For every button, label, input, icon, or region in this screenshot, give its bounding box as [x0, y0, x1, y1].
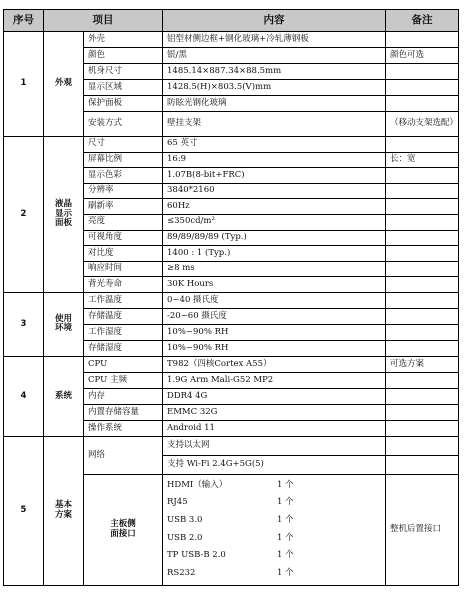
item-content: ≥8 ms — [163, 261, 386, 277]
item-content: 1485.14×887.34×88.5mm — [163, 64, 386, 80]
port-name: USB 3.0 — [167, 516, 277, 526]
item-content: 60Hz — [163, 199, 386, 215]
item-note: （移动支架选配） — [386, 112, 459, 137]
item-note: 可选方案 — [386, 356, 459, 372]
item-content: EMMC 32G — [163, 404, 386, 420]
item-label: 响应时间 — [84, 261, 163, 277]
item-note — [386, 324, 459, 340]
item-label: 对比度 — [84, 246, 163, 262]
item-note — [386, 277, 459, 293]
section-seq: 5 — [4, 436, 44, 585]
item-content: 16:9 — [163, 152, 386, 168]
item-label: 工作温度 — [84, 292, 163, 308]
item-label: 保护面板 — [84, 96, 163, 112]
item-label-network: 网络 — [84, 436, 163, 474]
table-row: 1 外观 外壳 铝型材侧边框+钢化玻璃+冷轧薄钢板 — [4, 32, 459, 48]
item-note — [386, 372, 459, 388]
item-content: Android 11 — [163, 420, 386, 436]
port-name: RS232 — [167, 569, 277, 579]
section-seq: 3 — [4, 292, 44, 356]
item-label: CPU 主频 — [84, 372, 163, 388]
item-label: 操作系统 — [84, 420, 163, 436]
item-label: 屏幕比例 — [84, 152, 163, 168]
port-row: USB 3.0 1 个 — [167, 512, 381, 530]
table-row: 4 系统 CPU T982（四核Cortex A55） 可选方案 — [4, 356, 459, 372]
item-note — [386, 183, 459, 199]
category-line: 方案 — [48, 511, 79, 521]
item-note — [386, 32, 459, 48]
item-content: 壁挂支架 — [163, 112, 386, 137]
item-note — [386, 96, 459, 112]
item-label: 亮度 — [84, 214, 163, 230]
category-line: 环境 — [48, 324, 79, 334]
item-note — [386, 420, 459, 436]
item-label: 尺寸 — [84, 137, 163, 153]
port-row: HDMI（输入） 1 个 — [167, 477, 381, 495]
port-row: USB 2.0 1 个 — [167, 530, 381, 548]
item-label: 可视角度 — [84, 230, 163, 246]
table-row: 5 基本 方案 网络 支持以太网 — [4, 436, 459, 455]
item-label: CPU — [84, 356, 163, 372]
item-note — [386, 340, 459, 356]
item-label: 显示色彩 — [84, 168, 163, 184]
port-name: TP USB-B 2.0 — [167, 551, 277, 561]
item-label: 内存 — [84, 388, 163, 404]
spec-table: 序号 项目 内容 备注 1 外观 外壳 铝型材侧边框+钢化玻璃+冷轧薄钢板 颜色… — [3, 9, 459, 586]
item-label-line: 面接口 — [88, 530, 158, 540]
port-qty: 1 个 — [277, 551, 294, 561]
port-name: USB 2.0 — [167, 534, 277, 544]
item-content: DDR4 4G — [163, 388, 386, 404]
item-label: 安装方式 — [84, 112, 163, 137]
port-qty: 1 个 — [277, 534, 294, 544]
item-content: 1.9G Arm Mali-G52 MP2 — [163, 372, 386, 388]
section-category: 外观 — [44, 32, 84, 137]
item-note — [386, 308, 459, 324]
item-note — [386, 137, 459, 153]
item-content: 3840*2160 — [163, 183, 386, 199]
category-line: 面板 — [48, 219, 79, 229]
item-note — [386, 261, 459, 277]
table-row: 2 液晶 显示 面板 尺寸 65 英寸 — [4, 137, 459, 153]
section-category: 使用 环境 — [44, 292, 84, 356]
port-row: RS232 1 个 — [167, 565, 381, 583]
section-category: 系统 — [44, 356, 84, 436]
header-row: 序号 项目 内容 备注 — [4, 10, 459, 32]
item-note — [386, 199, 459, 215]
item-content: ≤350cd/m² — [163, 214, 386, 230]
item-content: 10%~90% RH — [163, 340, 386, 356]
item-note — [386, 168, 459, 184]
port-name: RJ45 — [167, 498, 277, 508]
item-label: 工作湿度 — [84, 324, 163, 340]
item-label: 外壳 — [84, 32, 163, 48]
table-row: 3 使用 环境 工作温度 0~40 摄氏度 — [4, 292, 459, 308]
item-label: 机身尺寸 — [84, 64, 163, 80]
item-note — [386, 388, 459, 404]
item-content: 10%~90% RH — [163, 324, 386, 340]
item-content: T982（四核Cortex A55） — [163, 356, 386, 372]
section-category: 基本 方案 — [44, 436, 84, 585]
item-content: 银/黑 — [163, 48, 386, 64]
header-content: 内容 — [163, 10, 386, 32]
item-label: 存储温度 — [84, 308, 163, 324]
section-seq: 1 — [4, 32, 44, 137]
item-label: 分辨率 — [84, 183, 163, 199]
item-note — [386, 230, 459, 246]
port-qty: 1 个 — [277, 498, 294, 508]
item-content: 防眩光钢化玻璃 — [163, 96, 386, 112]
header-item: 项目 — [44, 10, 163, 32]
port-list-cell: HDMI（输入） 1 个 RJ45 1 个 USB 3.0 1 个 USB 2.… — [163, 474, 386, 585]
section-category: 液晶 显示 面板 — [44, 137, 84, 293]
item-note — [386, 214, 459, 230]
item-label: 颜色 — [84, 48, 163, 64]
port-row: RJ45 1 个 — [167, 495, 381, 513]
item-content: 1400 : 1 (Typ.) — [163, 246, 386, 262]
item-note: 颜色可选 — [386, 48, 459, 64]
section-seq: 2 — [4, 137, 44, 293]
item-note: 整机后置接口 — [386, 474, 459, 585]
section-seq: 4 — [4, 356, 44, 436]
port-list: HDMI（输入） 1 个 RJ45 1 个 USB 3.0 1 个 USB 2.… — [167, 475, 381, 585]
port-qty: 1 个 — [277, 481, 294, 491]
item-content: 1.07B(8-bit+FRC) — [163, 168, 386, 184]
item-content: 支持以太网 — [163, 436, 386, 455]
item-content: 30K Hours — [163, 277, 386, 293]
port-qty: 1 个 — [277, 516, 294, 526]
item-note — [386, 292, 459, 308]
item-content: 1428.5(H)×803.5(V)mm — [163, 80, 386, 96]
item-content: 铝型材侧边框+钢化玻璃+冷轧薄钢板 — [163, 32, 386, 48]
port-row: TP USB-B 2.0 1 个 — [167, 547, 381, 565]
header-seq: 序号 — [4, 10, 44, 32]
port-qty: 1 个 — [277, 569, 294, 579]
item-note — [386, 64, 459, 80]
item-content: 65 英寸 — [163, 137, 386, 153]
item-label: 存储湿度 — [84, 340, 163, 356]
item-label: 内置存储容量 — [84, 404, 163, 420]
item-note: 长：宽 — [386, 152, 459, 168]
header-note: 备注 — [386, 10, 459, 32]
port-name: HDMI（输入） — [167, 481, 277, 491]
item-note — [386, 246, 459, 262]
item-label: 刷新率 — [84, 199, 163, 215]
item-note — [386, 455, 459, 474]
item-content: -20~60 摄氏度 — [163, 308, 386, 324]
item-note — [386, 404, 459, 420]
item-content: 支持 Wi-Fi 2.4G+5G(5) — [163, 455, 386, 474]
item-content: 89/89/89/89 (Typ.) — [163, 230, 386, 246]
item-label: 背光寿命 — [84, 277, 163, 293]
item-content: 0~40 摄氏度 — [163, 292, 386, 308]
item-note — [386, 80, 459, 96]
item-label-interfaces: 主板侧 面接口 — [84, 474, 163, 585]
item-label: 显示区域 — [84, 80, 163, 96]
item-note — [386, 436, 459, 455]
